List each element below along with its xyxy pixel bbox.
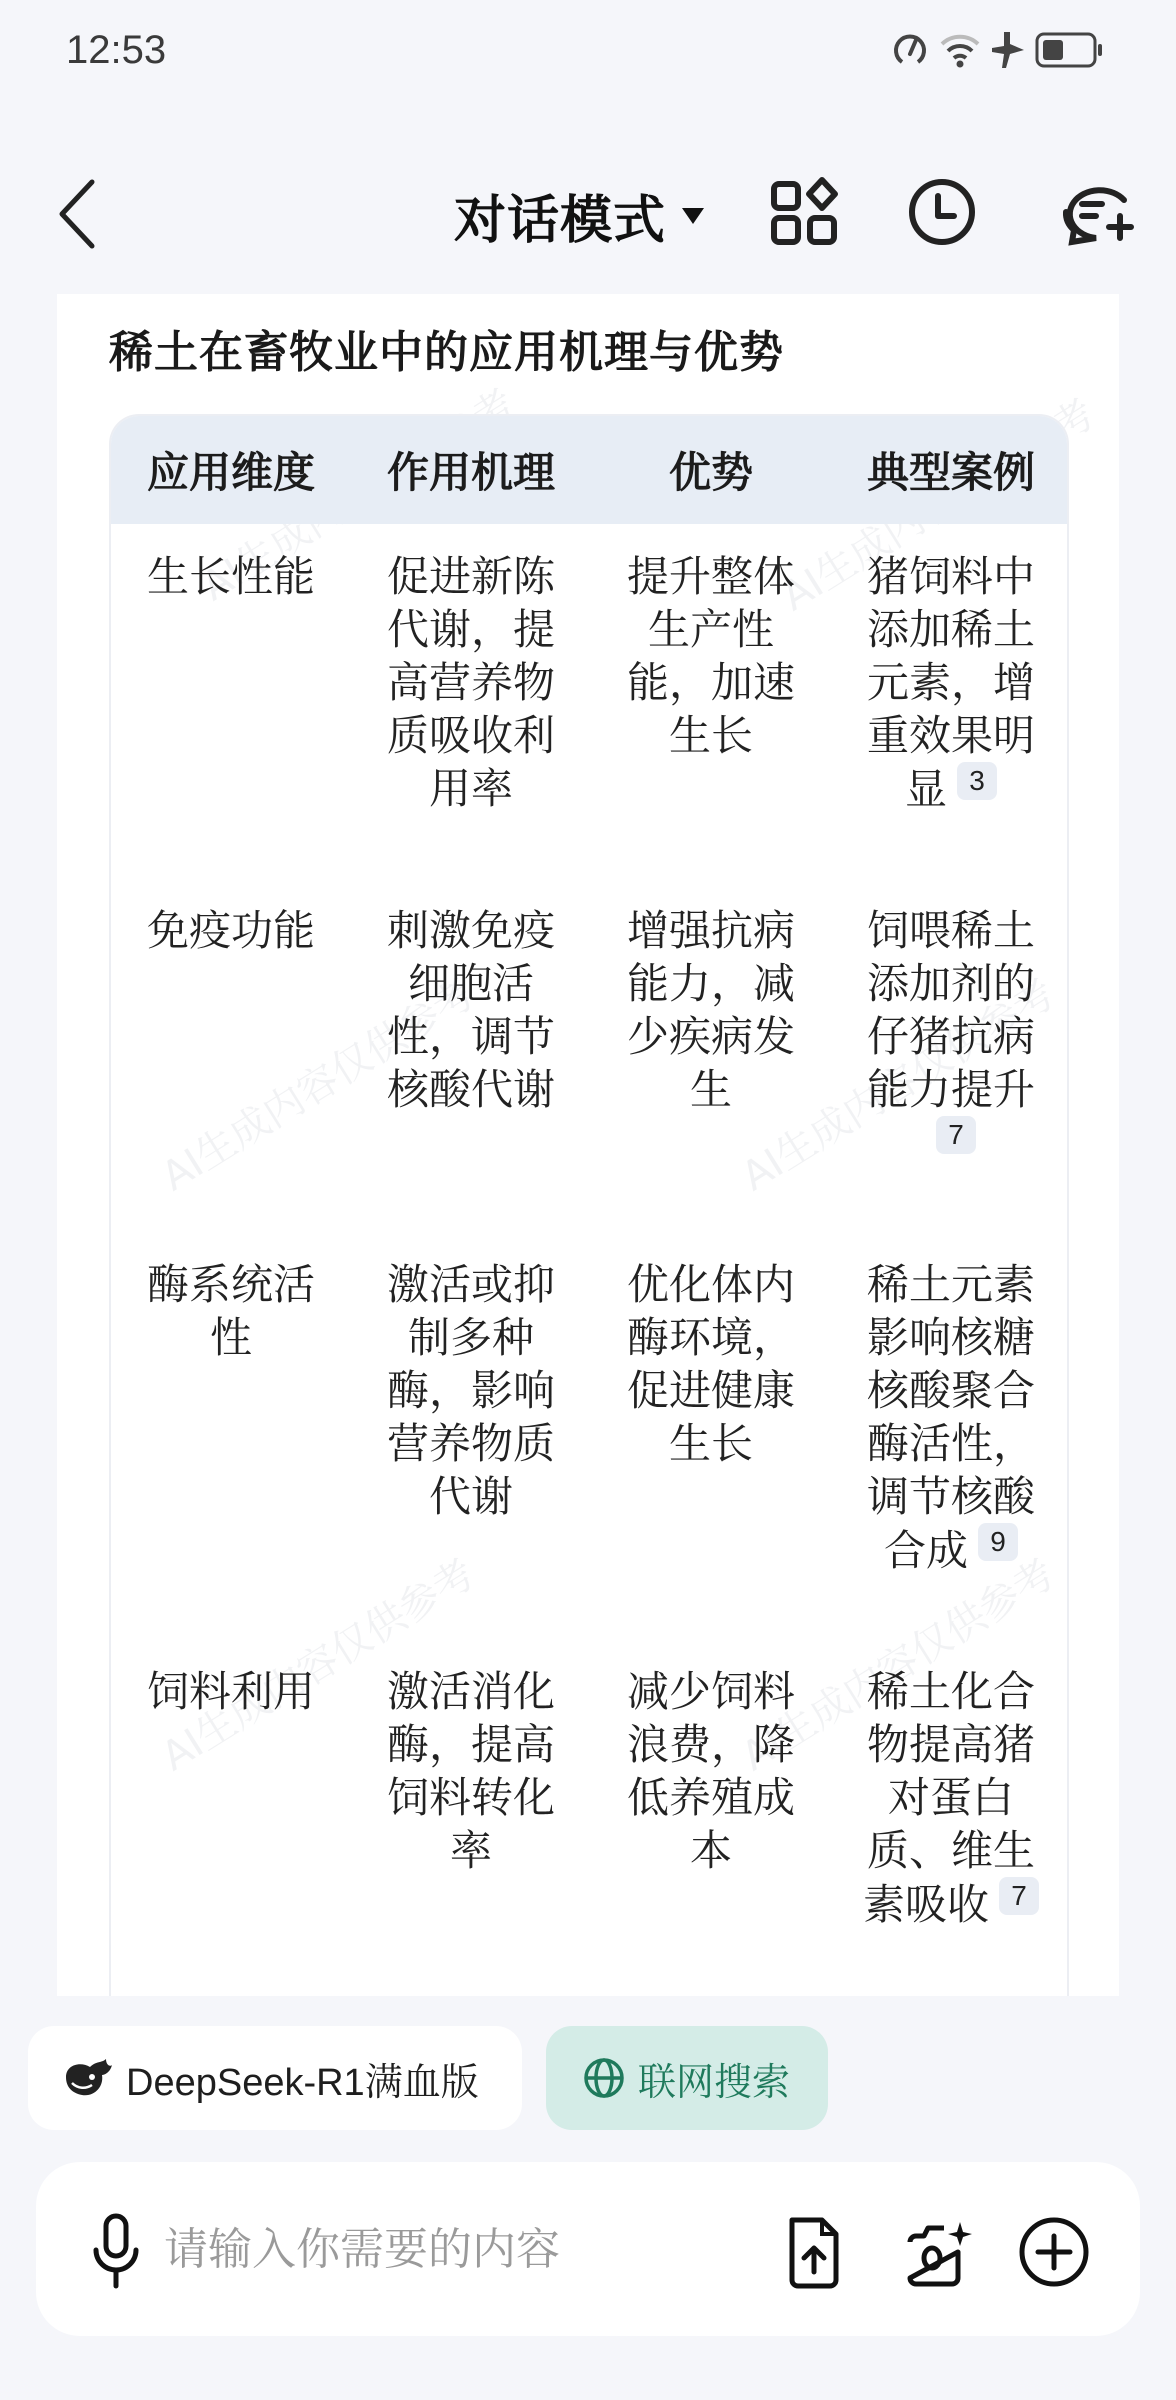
- cell-mechanism: 促进新陈代谢，提高营养物质吸收利用率: [381, 550, 561, 815]
- back-button[interactable]: [52, 176, 112, 252]
- cell-advantage: 增强抗病能力，减少疾病发生: [621, 904, 801, 1116]
- column-header: 应用维度: [111, 416, 351, 524]
- wifi-icon: [938, 30, 982, 70]
- cell-advantage: 减少饲料浪费，降低养殖成本: [621, 1665, 801, 1877]
- globe-icon: [582, 2056, 626, 2100]
- chevron-left-icon: [52, 176, 112, 252]
- section-title: 稀土在畜牧业中的应用机理与优势: [109, 316, 784, 380]
- table-row: 免疫功能 刺激免疫细胞活性，调节核酸代谢 增强抗病能力，减少疾病发生 饲喂稀土添…: [111, 878, 1069, 1232]
- citation-badge[interactable]: 7: [936, 1116, 976, 1154]
- column-header: 优势: [591, 416, 831, 524]
- voice-input-button[interactable]: [80, 2212, 152, 2292]
- airplane-mode-icon: [990, 30, 1026, 70]
- cell-mechanism: 激活或抑制多种酶，影响营养物质代谢: [381, 1258, 561, 1523]
- deepseek-whale-icon: [62, 2057, 114, 2099]
- message-input[interactable]: [164, 2214, 664, 2284]
- ai-camera-button[interactable]: [902, 2212, 974, 2292]
- table-row: 可持续发展 减少化学药物使 实现绿色养殖，提 稀土饲料添加剂提: [111, 1993, 1069, 1996]
- cell-dimension: 饲料利用: [141, 1665, 321, 1718]
- apps-icon: [768, 176, 840, 248]
- web-search-label: 联网搜索: [638, 2051, 790, 2106]
- cell-advantage: 提升整体生产性能，加速生长: [621, 550, 801, 762]
- history-button[interactable]: [906, 176, 978, 248]
- page-title: 对话模式: [454, 178, 666, 253]
- citation-badge[interactable]: 3: [957, 762, 997, 800]
- model-selector-chip[interactable]: DeepSeek-R1满血版: [28, 2026, 522, 2130]
- upload-file-button[interactable]: [778, 2212, 850, 2292]
- cell-dimension: 免疫功能: [141, 904, 321, 957]
- citation-badge[interactable]: 7: [999, 1877, 1039, 1915]
- new-chat-button[interactable]: [1058, 176, 1130, 248]
- web-search-toggle[interactable]: 联网搜索: [546, 2026, 828, 2130]
- cell-dimension: 酶系统活性: [141, 1258, 321, 1364]
- history-clock-icon: [906, 176, 978, 248]
- mode-selector[interactable]: 对话模式: [454, 178, 704, 253]
- cell-case: 饲喂稀土添加剂的仔猪抗病能力提升: [867, 906, 1035, 1114]
- plus-circle-icon: [1016, 2212, 1092, 2292]
- file-upload-icon: [778, 2212, 850, 2292]
- message-composer: [36, 2162, 1140, 2336]
- data-table: 应用维度 作用机理 优势 典型案例 生长性能 促进新陈代谢，提高营养物质吸收利用…: [109, 414, 1069, 1996]
- ai-camera-icon: [902, 2212, 974, 2292]
- citation-badge[interactable]: 9: [978, 1523, 1018, 1561]
- chat-response-card: AI生成内容仅供参考 AI生成内容仅供参考 AI生成内容仅供参考 AI生成内容仅…: [57, 294, 1119, 1996]
- table-header-row: 应用维度 作用机理 优势 典型案例: [111, 416, 1069, 524]
- column-header: 作用机理: [351, 416, 591, 524]
- table-row: 生长性能 促进新陈代谢，提高营养物质吸收利用率 提升整体生产性能，加速生长 猪饲…: [111, 524, 1069, 878]
- cell-mechanism: 刺激免疫细胞活性，调节核酸代谢: [381, 904, 561, 1116]
- cell-case: 猪饲料中添加稀土元素，增重效果明显: [867, 552, 1035, 814]
- top-nav: 对话模式: [0, 160, 1176, 260]
- status-icons: [890, 30, 1106, 70]
- table-row: 饲料利用 激活消化酶，提高饲料转化率 减少饲料浪费，降低养殖成本 稀土化合物提高…: [111, 1639, 1069, 1993]
- apps-button[interactable]: [768, 176, 840, 248]
- microphone-icon: [80, 2212, 152, 2292]
- more-options-button[interactable]: [1016, 2212, 1088, 2292]
- cell-mechanism: 激活消化酶，提高饲料转化率: [381, 1665, 561, 1877]
- cell-dimension: 生长性能: [141, 550, 321, 603]
- caret-down-icon: [682, 208, 704, 224]
- table-row: 酶系统活性 激活或抑制多种酶，影响营养物质代谢 优化体内酶环境，促进健康生长 稀…: [111, 1232, 1069, 1639]
- column-header: 典型案例: [831, 416, 1069, 524]
- model-label: DeepSeek-R1满血版: [126, 2051, 479, 2106]
- new-chat-icon: [1058, 176, 1138, 248]
- data-saver-icon: [890, 30, 930, 70]
- cell-advantage: 优化体内酶环境，促进健康生长: [621, 1258, 801, 1470]
- status-time: 12:53: [66, 28, 166, 73]
- battery-icon: [1034, 30, 1106, 70]
- status-bar: 12:53: [0, 0, 1176, 100]
